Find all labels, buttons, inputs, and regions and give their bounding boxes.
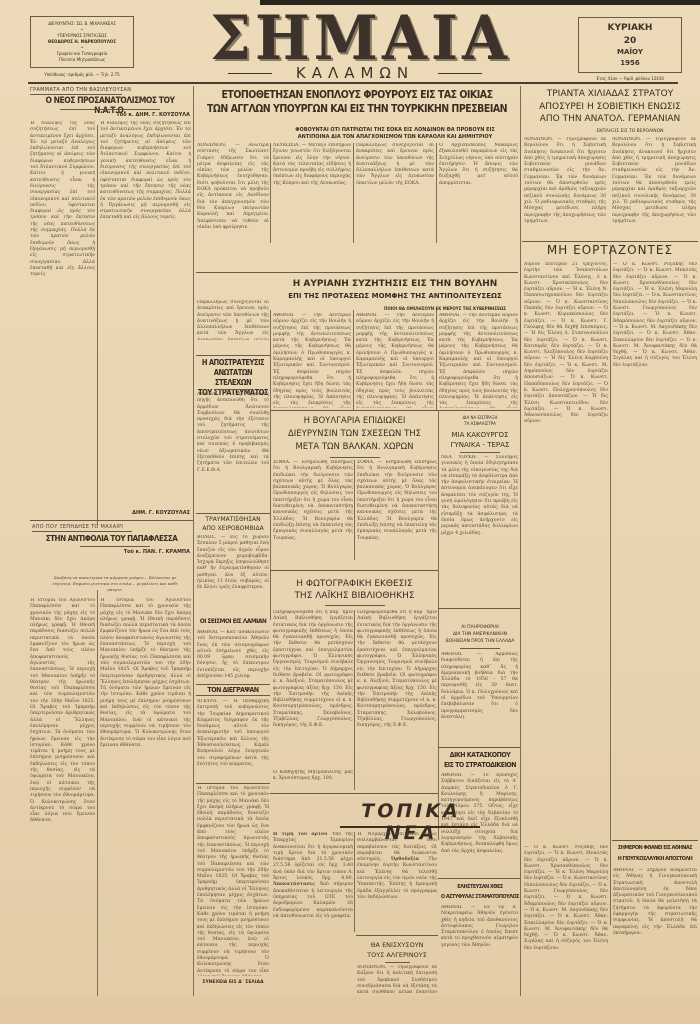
guards-subhead-line1: ΦΟΒΟΥΝΤΑΙ ΟΤΙ ΠΑΤΡΙΩΤΑΙ ΤΗΣ ΕΟΚΑ ΕΙΣ ΛΟΝ… [270, 127, 520, 134]
papaflessas-title: ΣΤΗΝ ΑΝΤΙΦΟΛΙΑ ΤΟΥ ΠΑΠΑΦΛΕΣΣΑ [30, 534, 193, 543]
non-celebrants-col1: Αὔριον Δευτέραν 21 τρέχοντος, ἑορτὴν τῶν… [524, 262, 608, 842]
title-underline [80, 546, 150, 547]
page-bottom-margin [0, 996, 700, 1024]
grenade-body: ΒΟΛΟΣ. — Εἰς τὸ χωρίον Σέσκλον 5 μικροὶ … [197, 535, 269, 615]
info-sub: Υπεύθυνος: ἀριθμός φύλ. — Τηλ. 2.75 [30, 72, 134, 77]
soviet-title-line2: ΑΠΟΣΥΡΕΙ Η ΣΟΒΙΕΤΙΚΗ ΕΝΩΣΙΣ [522, 101, 698, 114]
yugoslav-title-line1: ΣΗΜΕΡΟΝ ΦΘΑΝΕΙ ΕΙΣ ΑΘΗΝΑΣ [612, 843, 698, 854]
hold-up-body: ΑΘΗΝΑΙ. — Ἐν τῷ Α΄ Νεκροταφείῳ Ἀθηνῶν ἐγ… [441, 905, 518, 990]
month: ΜΑΪΟΥ [579, 48, 681, 56]
nato-body-col1: Ἡ διάλεψις τῆς νέας συζητήσεως ἐπὶ τοῦ ἀ… [30, 121, 95, 514]
column-rule [270, 143, 271, 243]
local-item4-head: Ὀρθοδοξία [391, 857, 419, 862]
issue-number: Έτος 41ον — Άριθ. φύλλου 12430 [578, 76, 682, 81]
algeria-body: ΛΟΝΔΙΝΟΝ. — Τηλεγραφοῦν ἐκ Καΐρου ὅτι ἡ … [357, 965, 437, 993]
column-rule [520, 86, 521, 996]
exhibition-body-col1: Πληροφορούμεθα ὅτι ἡ παρ᾽ ἡμῖν Λαϊκὴ Βιβ… [273, 610, 353, 790]
non-celebrants-col1-cont: — Ὁ κ. Κωνστ. Ροζάκης δὲν ἑορτάζει. — Ὁ … [524, 845, 608, 990]
continued-note: ΣΥΝΕΧΕΙΑ ΕΙΣ Δ΄ ΣΕΛΙΔΑ [196, 980, 270, 985]
title-underline [385, 962, 410, 963]
papaflessas-body-col2: Ἡ ἱστορία τοῦ Ἀγωνιστοῦ Παπαφλέσσα καὶ τ… [100, 598, 191, 993]
exhibition-title: Η ΦΩΤΟΓΡΑΦΙΚΗ ΕΚΘΕΣΙΣ ΤΗΣ ΛΑΪΚΗΣ ΒΙΒΛΙΟΘ… [272, 578, 437, 602]
local-news-col2: Ἡ Νομαρχία ἐπιτρέπει ὅπως συλλαμβάνονται… [357, 832, 437, 932]
guards-body-col1: ΛΟΝΔΙΝΟΝ. — Ἀνωτέρα σύστασις τῆς Σκώτλαν… [197, 143, 269, 300]
criminal-woman-kicker: ΔΙΑ ΝΑ ΕΙΣΠΡΑΞΗ ΤΑ ΑΣΦΑΛΙΣΤΡΑ [440, 415, 520, 427]
guards-body-col4: Ὁ Ἀρχιεπίσκοπος Μακάριος ἐξακολουθεῖ παρ… [439, 143, 518, 243]
column-rule [353, 310, 354, 410]
guards-body-col3: Παραλλήλως συνεχίζονται αἱ ἀνακρίσεις κα… [356, 143, 434, 243]
bulgaria-body-col2: ΣΟΦΙΑ. — Ἐσημειώθη ἐπισήμως ὅτι ἡ Βουλγα… [357, 460, 437, 560]
section-divider [522, 241, 698, 242]
bulgaria-title-line3: ΜΕΤΑ ΤΩΝ ΒΑΛΚΑΝ. ΧΩΡΩΝ [272, 441, 437, 454]
year: 1956 [579, 59, 681, 67]
column-rule [354, 460, 355, 560]
army-title-line1: Η ΑΠΟΣΤΡΑΤΕΥΣΙΣ [196, 358, 270, 368]
soviet-body-col2: ΛΟΝΔΙΝΟΝ. — Τηλεγραφοῦν ἐκ Βερολίνου ὅτι… [612, 137, 696, 237]
yugoslav-body: ΑΘΗΝΑΙ. — Σήμερον ἀναμένεται εἰς Ἀθήνας … [613, 868, 697, 988]
guards-subhead-line2: ΑΝΤΙΠΟΙΝΑ ΔΙΑ ΤΟΝ ΑΠΑΓΧΟΝΙΣΜΟΝ ΤΩΝ ΚΑΡΑΟ… [270, 134, 520, 141]
criminal-woman-title-line1: ΜΙΑ ΚΑΚΟΥΡΓΟΣ [440, 430, 520, 440]
grenade-title-line1: ΤΡΑΥΜΑΤΙΣΘΗΣΑΝ [196, 515, 270, 524]
title-underline [330, 457, 380, 458]
column-rule [436, 143, 437, 243]
title-underline [325, 605, 385, 606]
papaflessas-continued-text: Ἡ ἱστορία τοῦ Ἀγωνιστοῦ Παπαφλέσσα καὶ τ… [197, 786, 269, 976]
local-item3-head: Ἀποκατάστασις [273, 882, 315, 887]
nato-byline: Τοῦ κ. ΔΗΜ. Γ. ΚΟΥΖΟΥΛΑ [90, 112, 190, 118]
guards-title-line2: ΤΩΝ ΑΓΓΛΩΝ ΥΠΟΥΡΓΩΝ ΚΑΙ ΕΙΣ ΤΗΝ ΤΟΥΡΚΙΚΗ… [196, 102, 518, 116]
quakes-title: ΟΙ ΣΕΙΣΜΟΙ ΕΙΣ ΛΑΜΙΑΝ [196, 618, 270, 625]
kicker-line2: ΤΑ ΑΣΦΑΛΙΣΤΡΑ [440, 421, 520, 427]
american-aid-title: ΑΙ ΠΛΗΡΟΦΟΡΙΑΙ ΔΙΑ ΤΗΝ ΑΜΕΡΙΚΑΝΙΚΗΝ ΒΟΗΘ… [440, 624, 520, 645]
guards-title-line1: ΕΤΟΠΟΘΕΤΗΣΑΝ ΕΝΟΠΛΟΥΣ ΦΡΟΥΡΟΥΣ ΕΙΣ ΤΑΣ Ο… [196, 88, 518, 102]
section-divider [30, 520, 193, 521]
criminal-woman-title: ΜΙΑ ΚΑΚΟΥΡΓΟΣ ΓΥΝΑΙΚΑ - ΤΕΡΑΣ [440, 430, 520, 450]
section-divider [612, 840, 698, 841]
yugoslav-title: ΣΗΜΕΡΟΝ ΦΘΑΝΕΙ ΕΙΣ ΑΘΗΝΑΣ Η ΓΙΟΥΓΚΟΣΛΑΥΙ… [612, 843, 698, 865]
parliament-title: Η ΑΥΡΙΑΝΗ ΣΥΖΗΤΗΣΙΣ ΕΙΣ ΤΗΝ ΒΟΥΛΗΝ ΕΠΙ Τ… [270, 278, 520, 302]
local-item3-body: Ἀπὸ σήμερον ἀποκαθίσταται ἡ λειτουργία τ… [273, 882, 353, 918]
address-line: Πλατεία Μητροπόλεως [31, 57, 133, 63]
guards-body-cont: Παραλλήλως συνεχίζονται αἱ ἀνακρίσεις κα… [197, 300, 269, 340]
bulgaria-body-col1: ΣΟΦΙΑ. — Ἐσημειώθη ἐπισήμως ὅτι ἡ Βουλγα… [273, 460, 353, 560]
parliament-title-line1: Η ΑΥΡΙΑΝΗ ΣΥΖΗΤΗΣΙΣ ΕΙΣ ΤΗΝ ΒΟΥΛΗΝ [270, 278, 520, 290]
bulgaria-title-line2: ΔΙΕΥΡΥΝΣΙΝ ΤΩΝ ΣΧΕΣΕΩΝ ΤΗΣ [272, 428, 437, 441]
american-aid-title-line3: ΒΟΗΘΕΙΑΝ ΠΡΟΣ ΤΗΝ ΕΛΛΑΔΑ [440, 638, 520, 645]
court-martial-title-line1: ΔΙΚΗ ΚΑΤΑΣΚΟΠΟΥ [440, 750, 520, 760]
army-title-line2: ΑΝΩΤΑΤΩΝ ΣΤΕΛΕΧΩΝ [196, 368, 270, 388]
section-divider [270, 793, 438, 794]
parliament-title-line2: ΕΠΙ ΤΗΣ ΠΡΟΤΑΣΕΩΣ ΜΟΜΦΗΣ ΤΗΣ ΑΝΤΙΠΟΛΙΤΕΥ… [270, 290, 520, 302]
kicker-underline [30, 94, 122, 95]
yugoslav-title-line2: Η ΓΙΟΥΓΚΟΣΛΑΥΙΚΗ ΑΠΟΣΤΟΛΗ [612, 854, 698, 865]
army-body: ΑΘΗΝΑΙ. — Ἐξ ἁρμοδίας πηγῆς ἀνεκοινώθη ὅ… [197, 392, 269, 510]
local-news-col1: Η τιμὴ τοῦ ἄρτου Ὑπὸ τῆς Ἐπαρχίας Ἐμπορί… [273, 832, 353, 982]
title-underline [60, 109, 160, 110]
newspaper-page: ΔΙΕΥΘΥΝΤΗΣ: ΣΩ. Β. ΜΙΧΑΛΑΚΕΑΣ • ΥΠΕΥΘΥΝΟ… [0, 0, 700, 1024]
soviet-title: ΤΡΙΑΝΤΑ ΧΙΛΙΑΔΑΣ ΣΤΡΑΤΟΥ ΑΠΟΣΥΡΕΙ Η ΣΟΒΙ… [522, 88, 698, 126]
date-box: ΚΥΡΙΑΚΗ 20 ΜΑΪΟΥ 1956 [578, 17, 682, 73]
column-rule [270, 310, 271, 410]
hold-up-title: ΕΛΗΣΤΕΥΣΑΝ ΧΘΕΣ Ο ΑΣΤΥΦΥΛΑΞ ΣΤΑΜΑΤΟΠΟΥΛΟ… [440, 882, 520, 902]
exhibition-body-col2: Πληροφορούμεθα ὅτι ἡ παρ᾽ ἡμῖν Λαϊκὴ Βιβ… [357, 610, 437, 760]
section-divider [196, 355, 270, 356]
column-rule [193, 86, 194, 996]
non-celebrants-col2: — Ὁ κ. Κωνστ. Ροζάκης δὲν ἑορτάζει. — Ὁ … [613, 262, 697, 837]
expelled-body: ΑΓΚΥΡΑ. — Ἡ πειθαρχικὴ ἐπιτροπὴ τοῦ κυβε… [197, 699, 269, 781]
column-rule [354, 832, 355, 932]
parliament-body-col1: ΑΘΗΝΑΙ. — Τὴν Δευτέραν αὔριον ἀρχίζει εἰ… [273, 313, 351, 408]
quakes-body: ΑΘΗΝΑΙ. — Κατ' ἀνακοίνωσιν τοῦ Ἀστεροσκο… [197, 630, 269, 682]
column-rule [610, 245, 611, 925]
masthead: ΔΙΕΥΘΥΝΤΗΣ: ΣΩ. Β. ΜΙΧΑΛΑΚΕΑΣ • ΥΠΕΥΘΥΝΟ… [0, 0, 700, 82]
non-celebrants-title: ΜΗ ΕΟΡΤΑΖΟΝΤΕΣ [522, 244, 698, 258]
algeria-title: ΘΑ ΕΝΙΣΧΥΣΟΥΝ ΤΟΥΣ ΑΛΓΕΡΙΝΟΥΣ [356, 940, 438, 960]
nato-body-col2: Ἡ διάλεψις τῆς νέας συζητήσεως ἐπὶ τοῦ ἀ… [100, 121, 191, 506]
american-aid-title-line2: ΔΙΑ ΤΗΝ ΑΜΕΡΙΚΑΝΙΚΗΝ [440, 631, 520, 638]
soviet-subhead: ΕΚΠΛΗΞΙΣ ΕΙΣ ΤΟ ΒΕΡΟΛΙΝΟΝ [560, 129, 700, 134]
papaflessas-kicker: ΑΠΟ ΠΟΥ ΞΕΠΗΔΗΣΕ ΤΟ ΜΑΧΑΙΡΙ [32, 524, 123, 530]
kicker-underline [32, 531, 132, 532]
section-divider [270, 570, 438, 571]
guards-subhead: ΦΟΒΟΥΝΤΑΙ ΟΤΙ ΠΑΤΡΙΩΤΑΙ ΤΗΣ ΕΟΚΑ ΕΙΣ ΛΟΝ… [270, 127, 520, 141]
editorial-info-box: ΔΙΕΥΘΥΝΤΗΣ: ΣΩ. Β. ΜΙΧΑΛΑΚΕΑΣ • ΥΠΕΥΘΥΝΟ… [30, 16, 134, 68]
papaflessas-body-col1: Ἡ ἱστορία τοῦ Ἀγωνιστοῦ Παπαφλέσσα καὶ τ… [30, 598, 95, 993]
section-divider [196, 783, 270, 784]
grenade-title-line2: ΑΠΟ ΧΕΙΡΟΒΟΜΒΙΔΑ [196, 524, 270, 533]
section-divider [438, 878, 520, 879]
algeria-title-line2: ΤΟΥΣ ΑΛΓΕΡΙΝΟΥΣ [356, 950, 438, 960]
papaflessas-epigraph: Σκεβάση τα καπιστρικα τα κόμματα ρούφεν.… [45, 575, 185, 595]
expelled-title: ΤΟΝ ΔΙΕΓΡΑΨΑΝ [196, 686, 270, 694]
soviet-title-line1: ΤΡΙΑΝΤΑ ΧΙΛΙΑΔΑΣ ΣΤΡΑΤΟΥ [522, 88, 698, 101]
bulgaria-title-line1: Η ΒΟΥΛΓΑΡΙΑ ΕΠΙΔΙΩΚΕΙ [272, 415, 437, 428]
column-rule [353, 143, 354, 243]
local-item4-body: Τὴν ἑπομένην ἐορτὴν Κωνσταντίνου καὶ Ἑλέ… [357, 857, 437, 900]
section-divider [438, 747, 520, 748]
column-rule [354, 610, 355, 790]
section-divider [438, 608, 520, 609]
title-underline [460, 648, 500, 649]
day-number: 20 [579, 36, 681, 46]
local-news-underline [340, 826, 480, 828]
nato-kicker: ΓΡΑΜΜΑΤΑ ΑΠΟ ΤΗΝ ΒΑΣΙΛΕΥΟΥΣΑΝ [30, 87, 131, 93]
title-underline [460, 452, 500, 453]
parliament-body-col2: ΑΘΗΝΑΙ. — Τὴν Δευτέραν αὔριον ἀρχίζει εἰ… [356, 313, 434, 408]
section-divider [270, 410, 520, 411]
newspaper-city: ΚΑΛΑΜΩΝ [220, 64, 490, 82]
parliament-subhead: ΠΟΙΟΙ ΘΑ ΟΜΙΛΗΣΟΥΝ ΕΚ ΜΕΡΟΥΣ ΤΗΣ ΚΥΒΕΡΝΗ… [370, 306, 520, 311]
soviet-title-line3: ΑΠΟ ΤΗΝ ΑΝΑΤΟΛ. ΓΕΡΜΑΝΙΑΝ [522, 113, 698, 126]
criminal-woman-title-line2: ΓΥΝΑΙΚΑ - ΤΕΡΑΣ [440, 440, 520, 450]
court-martial-title: ΔΙΚΗ ΚΑΤΑΣΚΟΠΟΥ ΕΙΣ ΤΟ ΣΤΡΑΤΟΔΙΚΕΙΟΝ [440, 750, 520, 770]
column-rule [438, 410, 439, 840]
nato-signoff: ΔΗΜ. Γ. ΚΟΥΖΟΥΛΑΣ [100, 510, 190, 516]
guards-title: ΕΤΟΠΟΘΕΤΗΣΑΝ ΕΝΟΠΛΟΥΣ ΦΡΟΥΡΟΥΣ ΕΙΣ ΤΑΣ Ο… [196, 88, 518, 116]
column-rule [270, 410, 271, 620]
soviet-body-col1: ΛΟΝΔΙΝΟΝ. — Τηλεγραφοῦν ἐκ Βερολίνου ὅτι… [524, 137, 606, 237]
weekday: ΚΥΡΙΑΚΗ [579, 23, 681, 33]
exhibition-title-line2: ΤΗΣ ΛΑΪΚΗΣ ΒΙΒΛΙΟΘΗΚΗΣ [272, 590, 437, 602]
bulgaria-title: Η ΒΟΥΛΓΑΡΙΑ ΕΠΙΔΙΩΚΕΙ ΔΙΕΥΡΥΝΣΙΝ ΤΩΝ ΣΧΕ… [272, 415, 437, 454]
section-divider [196, 272, 518, 273]
column-rule [97, 590, 98, 996]
grenade-title: ΤΡΑΥΜΑΤΙΣΘΗΣΑΝ ΑΠΟ ΧΕΙΡΟΒΟΜΒΙΔΑ [196, 515, 270, 533]
hold-up-title-line2: Ο ΑΣΤΥΦΥΛΑΞ ΣΤΑΜΑΤΟΠΟΥΛΟΣ [440, 892, 520, 902]
masthead-rule [28, 82, 678, 84]
papaflessas-byline: Τοῦ κ. ΠΑΝ. Γ. ΚΡΑΜΠΑ [90, 549, 190, 555]
guards-body-col2: ΛΕΥΚΩΣΙΑ. — Μεταξὺ ἐπισήμων ἔγινεν γνωστ… [273, 143, 351, 243]
column-rule [436, 310, 437, 410]
section-divider [356, 935, 438, 936]
hold-up-title-line1: ΕΛΗΣΤΕΥΣΑΝ ΧΘΕΣ [440, 882, 520, 892]
exhibition-signoff: Ὁ Καθηγητὴς Μητροπολίτης μας κ. Χρυσόστο… [273, 770, 353, 790]
court-martial-title-line2: ΕΙΣ ΤΟ ΣΤΡΑΤΟΔΙΚΕΙΟΝ [440, 760, 520, 770]
criminal-woman-body: ΝΕΑ ΥΟΡΚΗ. — Σύλληψις γυναικὸς ἡ ὁποία ἐ… [441, 455, 518, 605]
newspaper-logo: ΣΗΜΑΙΑ [210, 7, 500, 70]
exhibition-title-line1: Η ΦΩΤΟΓΡΑΦΙΚΗ ΕΚΘΕΣΙΣ [272, 578, 437, 590]
section-divider [196, 513, 270, 514]
local-item1-head: Η τιμὴ τοῦ ἄρτου [273, 832, 327, 837]
local-item1-body: Ὑπὸ τῆς Ἐπαρχίας Ἐμπορίου ἀνακοινοῦται ὅ… [273, 832, 353, 881]
algeria-title-line1: ΘΑ ΕΝΙΣΧΥΣΟΥΝ [356, 940, 438, 950]
title-underline [215, 389, 251, 390]
column-rule [97, 125, 98, 525]
parliament-body-col3: ΑΘΗΝΑΙ. — Τὴν Δευτέραν αὔριον ἀρχίζει εἰ… [439, 313, 518, 408]
american-aid-title-line1: ΑΙ ΠΛΗΡΟΦΟΡΙΑΙ [440, 624, 520, 631]
